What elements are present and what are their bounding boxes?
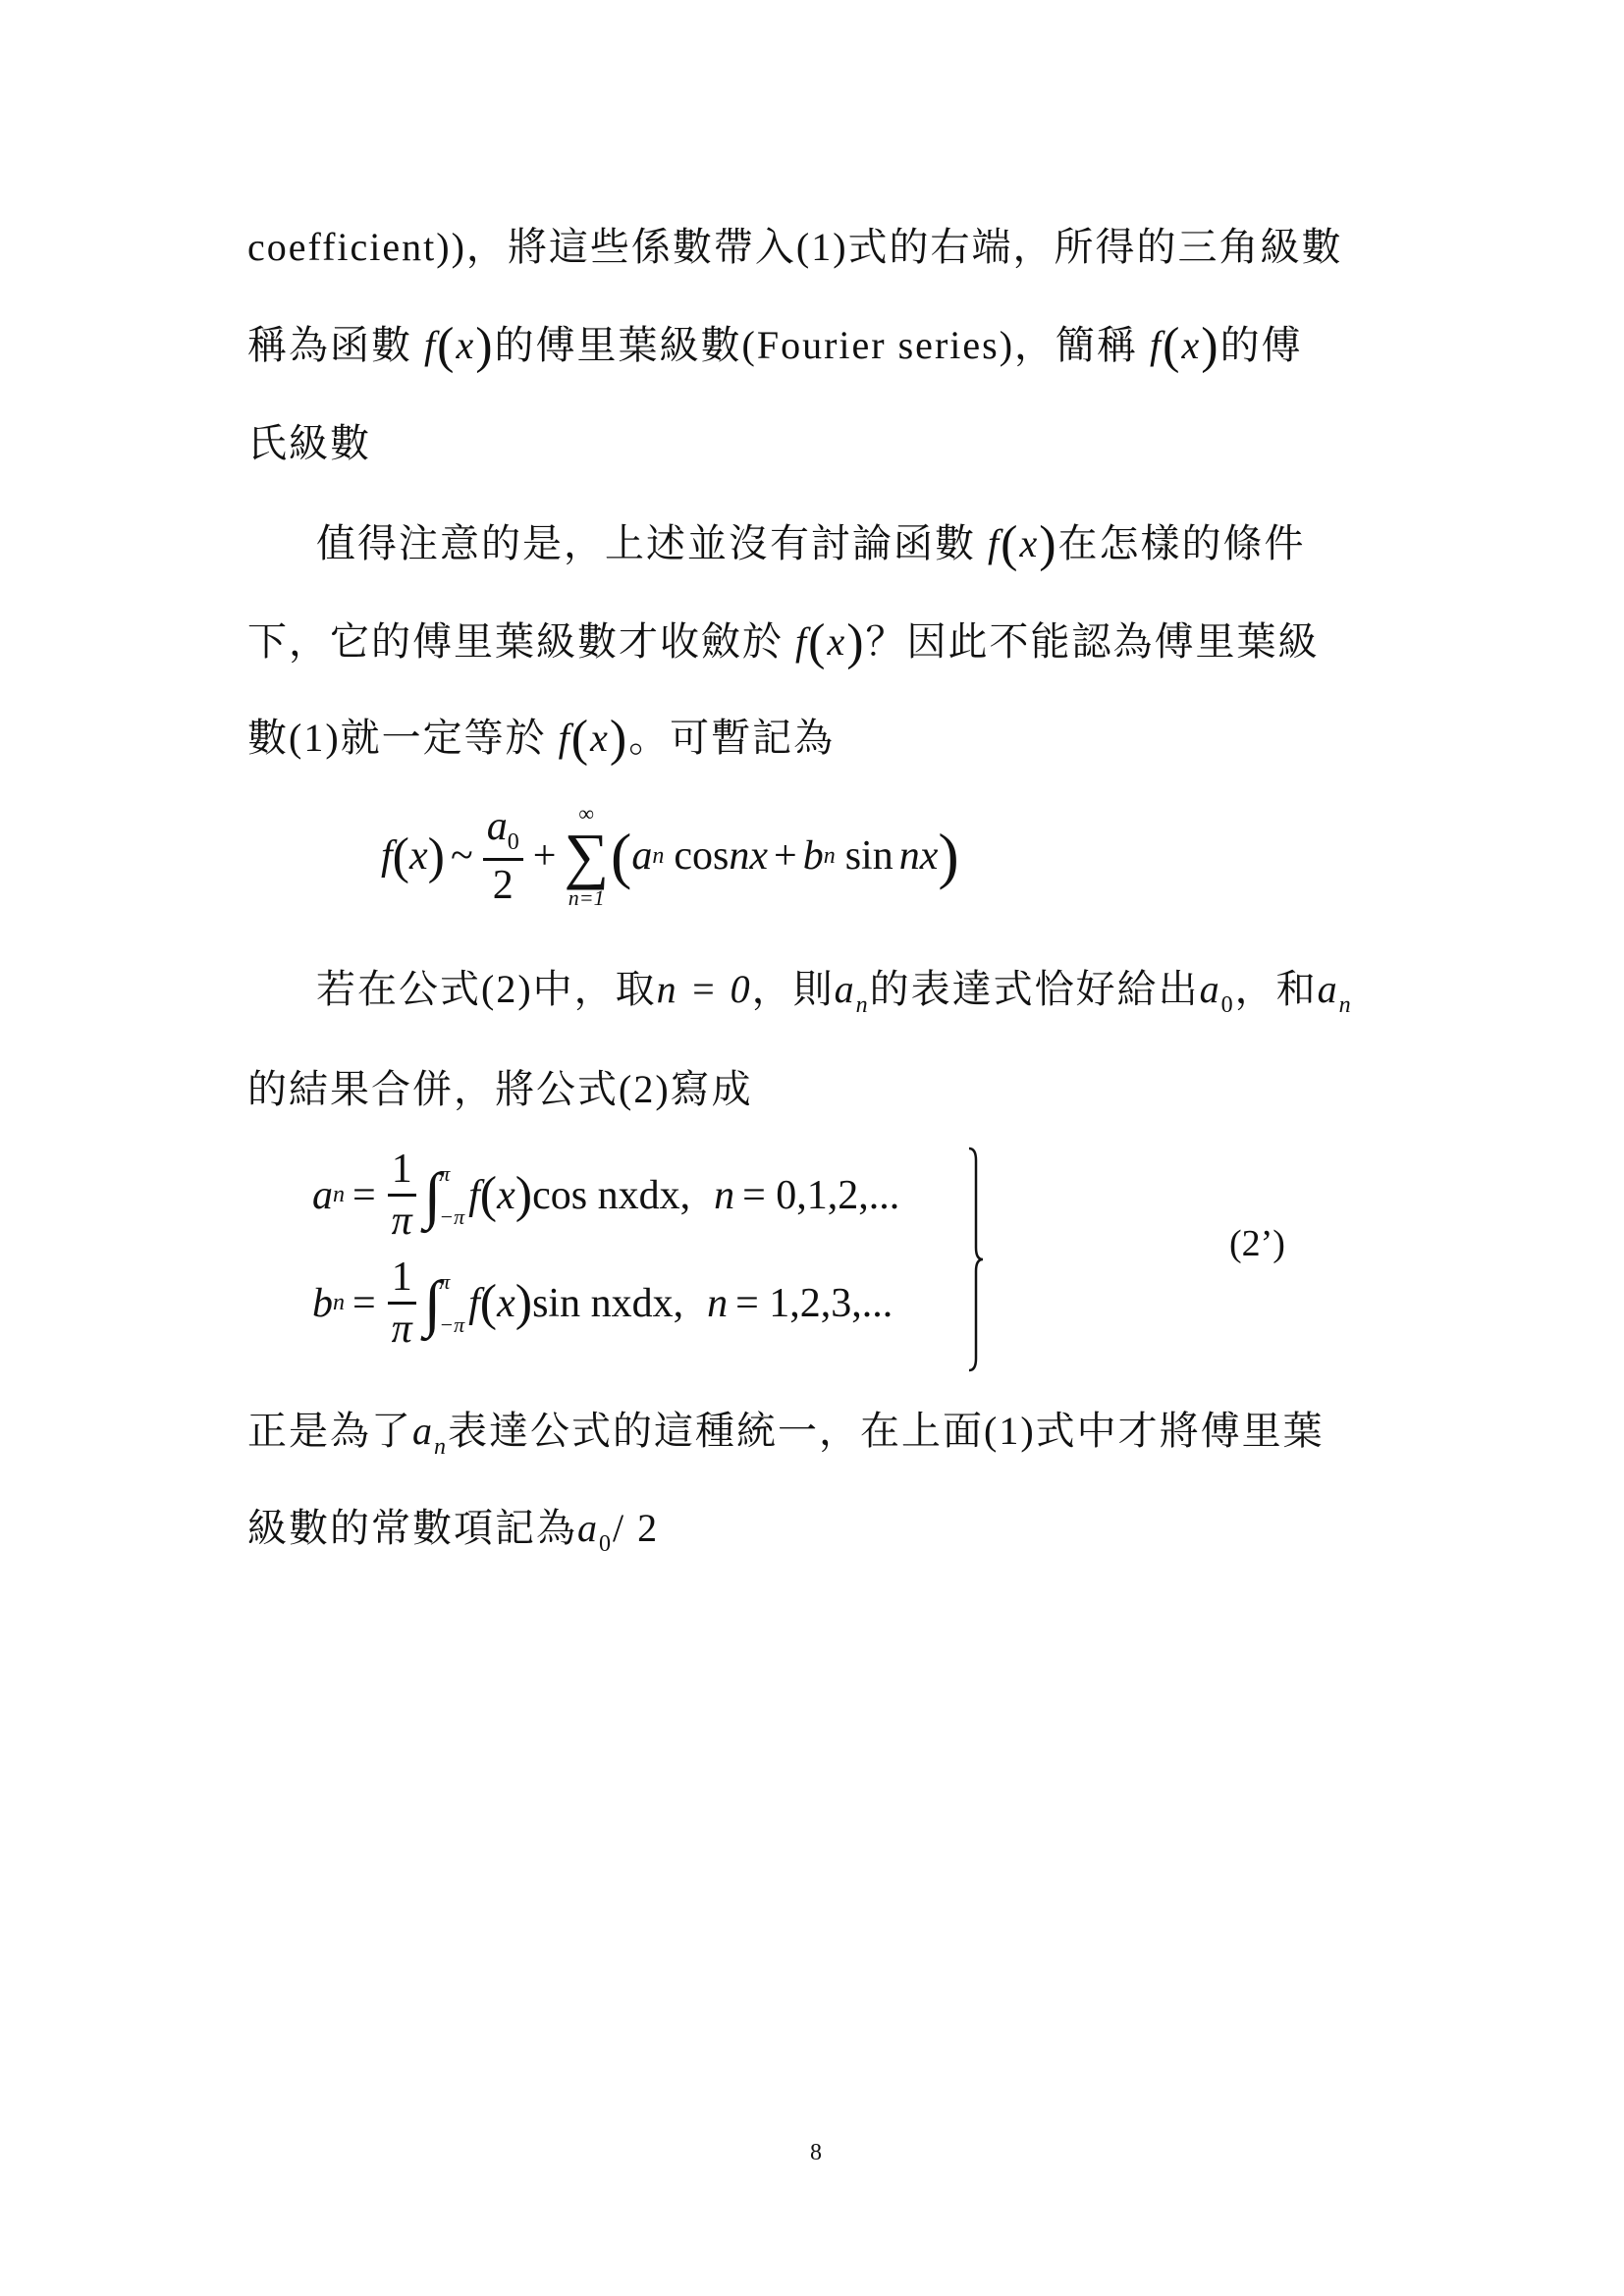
math-x: x <box>409 832 428 880</box>
lower-limit: −π <box>439 1312 464 1338</box>
paragraph-text: 稱為函數 <box>247 323 412 367</box>
math-f: f <box>424 323 437 367</box>
paren: ) <box>515 1274 532 1332</box>
paren: ) <box>846 614 865 670</box>
paragraph-text: ，和 <box>1235 967 1318 1011</box>
math-f: f <box>468 1172 480 1219</box>
text-line: 級數的常數項記為a0/ 2 <box>247 1499 659 1574</box>
math-x: x <box>590 716 610 760</box>
paren: ( <box>480 1166 497 1224</box>
fraction-1-over-pi: 1 π <box>388 1256 416 1350</box>
math-x: x <box>456 323 475 367</box>
denominator: π <box>392 1305 412 1350</box>
lower-limit: −π <box>439 1204 464 1230</box>
math-x: x <box>827 619 846 664</box>
fraction-1-over-pi: 1 π <box>388 1148 416 1242</box>
math-nx: nx <box>899 832 939 880</box>
text-line: 值得注意的是，上述並沒有討論函數 f(x)在怎樣的條件 <box>316 514 1306 574</box>
math-x: x <box>497 1280 515 1327</box>
subscript: 0 <box>508 829 519 855</box>
subscript: n <box>652 843 664 870</box>
math-a: a <box>577 1506 599 1550</box>
page-number: 8 <box>810 2140 822 2166</box>
integral: ∫ π −π <box>424 1159 464 1232</box>
paragraph-text: 。可暫記為 <box>628 716 835 760</box>
math-x: x <box>1181 323 1201 367</box>
math-fraction: / 2 <box>613 1506 659 1550</box>
paren: ( <box>437 318 456 374</box>
text-line: 正是為了an表達公式的這種統一，在上面(1)式中才將傅里葉 <box>247 1402 1325 1476</box>
subscript: n <box>333 1290 345 1316</box>
text-line: 數(1)就一定等於 f(x)。可暫記為 <box>247 709 835 769</box>
math-b: b <box>803 832 824 880</box>
subscript: n <box>434 1434 448 1460</box>
math-f: f <box>381 832 393 880</box>
subscript: n <box>333 1182 345 1208</box>
math-a: a <box>1318 967 1339 1011</box>
formula-bn: bn = 1 π ∫ π −π f(x) sin nxdx, n = 1,2,3… <box>312 1256 893 1350</box>
upper-limit: π <box>439 1161 464 1187</box>
math-n: n <box>707 1280 728 1327</box>
range: = 1,2,3,... <box>735 1280 893 1327</box>
math-f: f <box>1150 323 1163 367</box>
math-condition: n = 0 <box>657 967 752 1011</box>
paragraph-text: 級數的常數項記為 <box>247 1506 577 1550</box>
paren: ) <box>515 1166 532 1224</box>
paragraph-text: 的傅 <box>1220 323 1303 367</box>
paragraph-text: 若在公式(2)中，取 <box>316 967 657 1011</box>
paragraph-text: 的結果合併，將公式(2)寫成 <box>247 1067 753 1111</box>
math-x: x <box>1019 521 1039 565</box>
text-line: 若在公式(2)中，取n = 0，則an的表達式恰好給出a0，和an <box>316 960 1353 1035</box>
paren: ( <box>808 614 827 670</box>
paragraph-text: 數(1)就一定等於 <box>247 716 547 760</box>
integral-limits: π −π <box>439 1161 464 1230</box>
cos: cos <box>674 832 729 880</box>
text-line: 稱為函數 f(x)的傅里葉級數(Fourier series)，簡稱 f(x)的… <box>247 316 1303 376</box>
paragraph-text: 下，它的傅里葉級數才收斂於 <box>247 619 784 664</box>
paragraph-text: coefficient))，將這些係數帶入(1)式的右端，所得的三角級數 <box>247 225 1343 269</box>
math-a: a <box>631 832 652 880</box>
subscript: n <box>856 992 870 1018</box>
integral-limits: π −π <box>439 1269 464 1338</box>
integrand: cos nxdx, <box>532 1172 690 1219</box>
equals: = <box>352 1280 376 1327</box>
plus: + <box>533 832 557 880</box>
sum-lower-limit: n=1 <box>568 887 605 909</box>
tilde: ~ <box>451 832 473 880</box>
math-a: a <box>1200 967 1221 1011</box>
range: = 0,1,2,... <box>742 1172 899 1219</box>
paren: ) <box>428 828 445 885</box>
numerator: a0 <box>483 806 523 861</box>
math-b: b <box>312 1280 333 1327</box>
math-x: x <box>497 1172 515 1219</box>
upper-limit: π <box>439 1269 464 1295</box>
subscript: 0 <box>1221 992 1235 1018</box>
paragraph-text: 在怎樣的條件 <box>1058 521 1306 565</box>
paren: ) <box>475 318 494 374</box>
paren: ) <box>938 820 958 892</box>
paragraph-text: 值得注意的是，上述並沒有討論函數 <box>316 521 976 565</box>
text-line: 下，它的傅里葉級數才收斂於 f(x)？因此不能認為傅里葉級 <box>247 613 1320 672</box>
math-a: a <box>312 1172 333 1219</box>
paragraph-text: ，則 <box>752 967 835 1011</box>
math-a: a <box>412 1409 434 1453</box>
math-nx: nx <box>729 832 768 880</box>
subscript: 0 <box>599 1531 613 1557</box>
paren: ) <box>610 711 628 767</box>
numerator: 1 <box>388 1256 416 1305</box>
paragraph-text: 表達公式的這種統一，在上面(1)式中才將傅里葉 <box>448 1409 1325 1453</box>
math-f: f <box>988 521 1001 565</box>
paragraph-text: 的傅里葉級數(Fourier series)，簡稱 <box>495 323 1138 367</box>
equation-label: (2’) <box>1229 1222 1285 1265</box>
paragraph-text: 氏級數 <box>247 421 371 465</box>
math-a: a <box>487 804 508 849</box>
paren: ( <box>611 820 631 892</box>
paren: ( <box>1001 516 1019 572</box>
equals: = <box>352 1172 376 1219</box>
paragraph-text: 正是為了 <box>247 1409 412 1453</box>
text-line: 氏級數 <box>247 414 371 473</box>
denominator: 2 <box>493 861 514 906</box>
paren: ( <box>571 711 590 767</box>
right-brace-icon <box>967 1147 985 1372</box>
math-f: f <box>795 619 808 664</box>
fraction-a0-over-2: a0 2 <box>483 806 523 906</box>
subscript: n <box>824 843 836 870</box>
math-n: n <box>714 1172 734 1219</box>
summation: ∞ ∑ n=1 <box>564 803 609 909</box>
integrand: sin nxdx, <box>532 1280 683 1327</box>
sin: sin <box>845 832 893 880</box>
paren: ( <box>1163 318 1181 374</box>
denominator: π <box>392 1197 412 1242</box>
paren: ( <box>393 828 409 885</box>
math-f: f <box>559 716 571 760</box>
integral: ∫ π −π <box>424 1267 464 1340</box>
paren: ) <box>1039 516 1057 572</box>
numerator: 1 <box>388 1148 416 1197</box>
math-a: a <box>835 967 856 1011</box>
text-line: 的結果合併，將公式(2)寫成 <box>247 1060 753 1119</box>
formula-an: an = 1 π ∫ π −π f(x) cos nxdx, n = 0,1,2… <box>312 1148 899 1242</box>
fourier-series-formula: f(x) ~ a0 2 + ∞ ∑ n=1 ( an cosnx + bn si… <box>381 803 959 909</box>
paragraph-text: 的表達式恰好給出 <box>870 967 1200 1011</box>
text-line: coefficient))，將這些係數帶入(1)式的右端，所得的三角級數 <box>247 218 1343 277</box>
paren: ) <box>1201 318 1219 374</box>
paren: ( <box>480 1274 497 1332</box>
sigma-icon: ∑ <box>564 825 609 887</box>
math-f: f <box>468 1280 480 1327</box>
paragraph-text: ？因此不能認為傅里葉級 <box>866 619 1320 664</box>
plus: + <box>774 832 797 880</box>
subscript: n <box>1339 992 1353 1018</box>
